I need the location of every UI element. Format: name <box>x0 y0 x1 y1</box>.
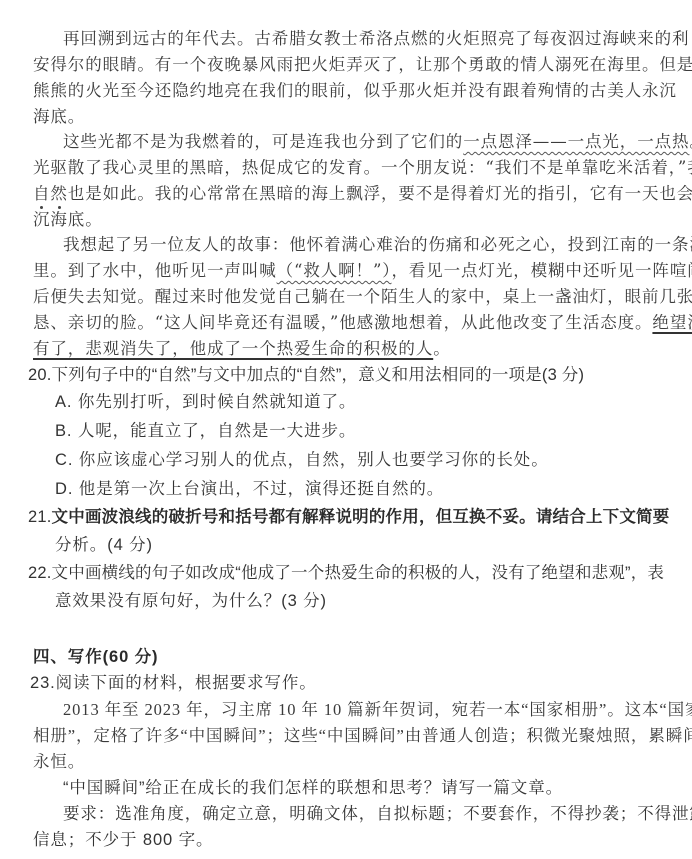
question-text: 下列句子中的“自然”与文中加点的“自然”，意义和用法相同的一项是(3 分) <box>52 366 585 384</box>
passage-p3-line5: 有了，悲观消失了，他成了一个热爱生命的积极的人。 <box>33 338 660 360</box>
passage-p2-line1: 这些光都不是为我燃着的，可是连我也分到了它们的一点恩泽——一点光，一点热。 <box>63 131 660 153</box>
p2-text-pre: 这些光都不是为我燃着的，可是连我也分到了它们的 <box>63 132 463 151</box>
passage-p1-line2: 安得尔的眼睛。有一个夜晚暴风雨把火炬弄灭了，让那个勇敢的情人溺死在海里。但是 <box>33 54 660 76</box>
option-d: D. 他是第一次上台演出，不过，演得还挺自然的。 <box>55 478 660 500</box>
passage-p1-line1: 再回溯到远古的年代去。古希腊女教士希洛点燃的火炬照亮了每夜泅过海峡来的利 <box>63 28 660 50</box>
question-20: 20.下列句子中的“自然”与文中加点的“自然”，意义和用法相同的一项是(3 分) <box>28 364 655 386</box>
option-label: D. <box>55 480 73 498</box>
question-21-cont: 分析。(4 分) <box>55 534 660 556</box>
emphasis-dotted-ziran: 自然 <box>33 184 68 203</box>
p3-line4-pre: 恳、亲切的脸。“这人间毕竟还有温暖，”他感激地想着，从此他改变了生活态度。 <box>33 313 652 332</box>
option-c: C. 你应该虚心学习别人的优点，自然，别人也要学习你的长处。 <box>55 449 660 471</box>
question-22: 22.文中画横线的句子如改成“他成了一个热爱生命的积极的人，没有了绝望和悲观”，… <box>28 562 660 584</box>
question-text: 文中画横线的句子如改成“他成了一个热爱生命的积极的人，没有了绝望和悲观”，表 <box>52 564 665 582</box>
underlined-sentence-end: 有了，悲观消失了，他成了一个热爱生命的积极的人 <box>33 339 433 358</box>
underlined-sentence-start: 绝望没 <box>652 313 692 332</box>
passage-p1-line4: 海底。 <box>33 106 660 128</box>
requirements-line1: 要求：选准角度，确定立意，明确文体，自拟标题；不要套作，不得抄袭；不得泄露个人 <box>63 803 660 825</box>
option-label: A. <box>55 393 72 411</box>
passage-p3-line4: 恳、亲切的脸。“这人间毕竟还有温暖，”他感激地想着，从此他改变了生活态度。绝望没 <box>33 312 660 334</box>
p3-line2-pre: 里。到了水中，他听见一声叫喊 <box>33 261 277 280</box>
p2-line3-rest: 也是如此。我的心常常在黑暗的海上飘浮，要不是得着灯光的指引，它有一天也会永 <box>68 184 692 203</box>
passage-p3-line3: 后便失去知觉。醒过来时他发觉自己躺在一个陌生人的家中，桌上一盏油灯，眼前几张诚 <box>33 286 660 308</box>
question-23: 23.阅读下面的材料，根据要求写作。 <box>30 672 657 694</box>
question-text: 阅读下面的材料，根据要求写作。 <box>56 674 317 692</box>
option-label: C. <box>55 451 73 469</box>
writing-prompt: “中国瞬间”给正在成长的我们怎样的联想和思考？请写一篇文章。 <box>63 777 660 799</box>
dotted-char: 然 <box>50 184 67 203</box>
question-number: 23. <box>30 674 56 692</box>
option-label: B. <box>55 422 72 440</box>
question-number: 20. <box>28 366 52 384</box>
option-text: 你应该虚心学习别人的优点，自然，别人也要学习你的长处。 <box>79 451 549 469</box>
p3-line5-post: 。 <box>433 339 450 358</box>
p3-line2-post: ，看见一点灯光，模糊中还听见一阵喧闹，以 <box>391 261 692 280</box>
passage-p3-line2: 里。到了水中，他听见一声叫喊（“救人啊！”），看见一点灯光，模糊中还听见一阵喧闹… <box>33 260 660 282</box>
material-line1: 2013 年至 2023 年，习主席 10 年 10 篇新年贺词，宛若一本“国家… <box>63 699 660 721</box>
dotted-char: 自 <box>33 184 50 203</box>
option-a: A. 你先别打听，到时候自然就知道了。 <box>55 391 660 413</box>
passage-p3-line1: 我想起了另一位友人的故事：他怀着满心难治的伤痛和必死之心，投到江南的一条河 <box>63 234 660 256</box>
wavy-underlined-parenthetical: （“救人啊！”） <box>277 261 392 280</box>
question-number: 22. <box>28 564 52 582</box>
exam-page: 再回溯到远古的年代去。古希腊女教士希洛点燃的火炬照亮了每夜泅过海峡来的利 安得尔… <box>0 0 692 859</box>
option-text: 你先别打听，到时候自然就知道了。 <box>78 393 356 411</box>
material-line2: 相册”，定格了许多“中国瞬间”；这些“中国瞬间”由普通人创造；积微光聚烛照，累瞬… <box>33 725 660 747</box>
option-text: 人呢，能直立了，自然是一大进步。 <box>78 422 356 440</box>
option-b: B. 人呢，能直立了，自然是一大进步。 <box>55 420 660 442</box>
passage-p1-line3: 熊熊的火光至今还隐约地亮在我们的眼前，似乎那火炬并没有跟着殉情的古美人永沉 <box>33 80 660 102</box>
option-text: 他是第一次上台演出，不过，演得还挺自然的。 <box>79 480 444 498</box>
section-title-writing: 四、写作(60 分) <box>33 646 660 668</box>
question-22-cont: 意效果没有原句好，为什么？(3 分) <box>55 590 660 612</box>
passage-p2-line3: 自然也是如此。我的心常常在黑暗的海上飘浮，要不是得着灯光的指引，它有一天也会永 <box>33 183 660 205</box>
question-number: 21. <box>28 508 52 526</box>
passage-p2-line2: 光驱散了我心灵里的黑暗，热促成它的发育。一个朋友说：“我们不是单靠吃米活着，”我 <box>33 157 660 179</box>
question-21: 21.文中画波浪线的破折号和括号都有解释说明的作用，但互换不妥。请结合上下文简要 <box>28 506 660 528</box>
material-line3: 永恒。 <box>33 751 660 773</box>
wavy-underlined-dash-phrase: 一点恩泽——一点光，一点热 <box>463 132 689 151</box>
requirements-line2: 信息；不少于 800 字。 <box>33 829 660 851</box>
passage-p2-line4: 沉海底。 <box>33 209 660 231</box>
question-text: 文中画波浪线的破折号和括号都有解释说明的作用，但互换不妥。请结合上下文简要 <box>52 508 670 526</box>
